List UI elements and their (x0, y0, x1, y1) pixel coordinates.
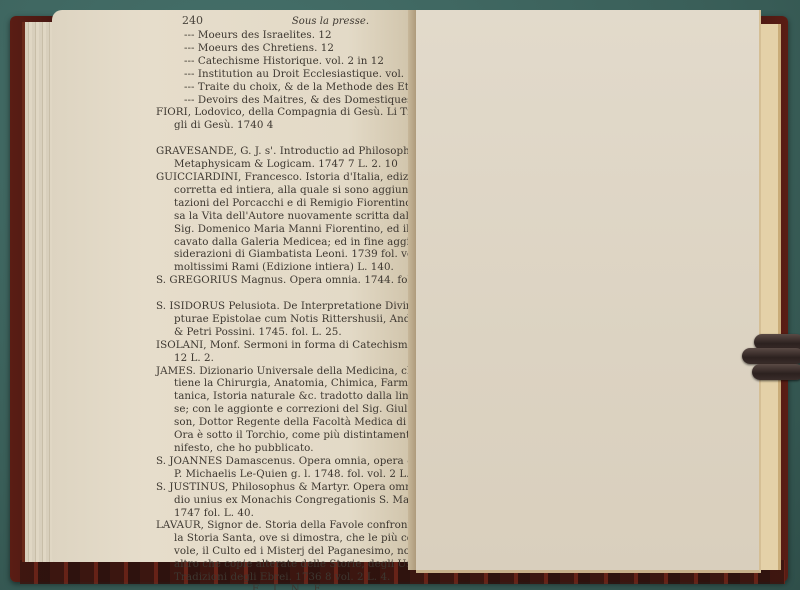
end-mark: FINE. (142, 584, 464, 590)
metal-clasp-icon (742, 334, 800, 386)
right-page-blank (416, 10, 761, 573)
left-page: 240 Sous la presse. --- Moeurs des Israe… (52, 10, 422, 562)
